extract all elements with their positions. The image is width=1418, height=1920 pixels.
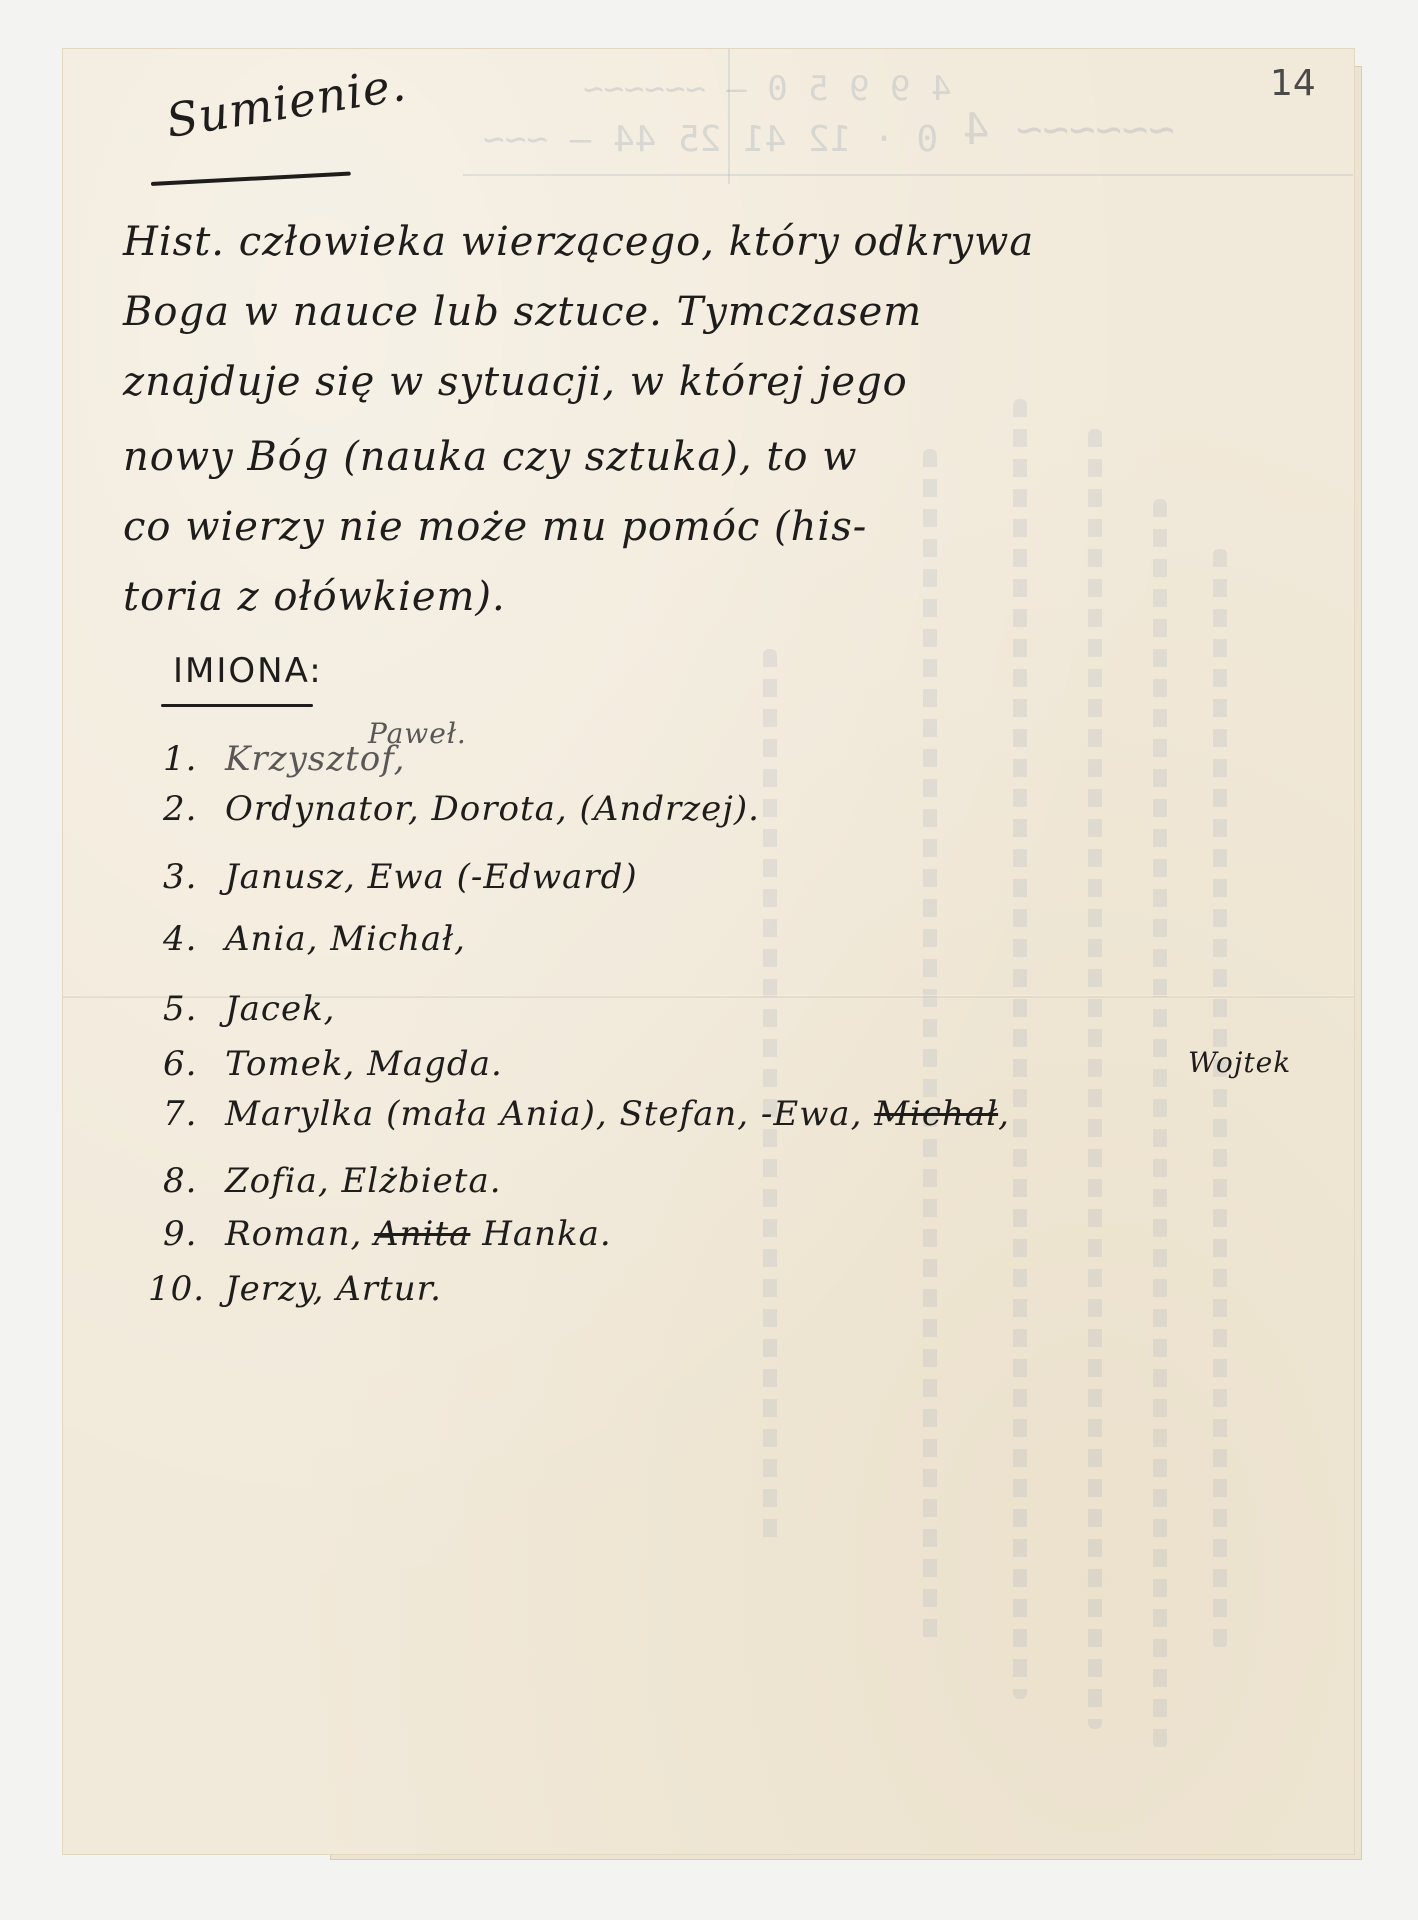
paragraph-line: nowy Bóg (nauka czy sztuka), to w (123, 434, 857, 480)
struck-name: Anita (374, 1214, 470, 1254)
list-item: 1.Krzysztof, Paweł. (163, 739, 405, 779)
list-text: Janusz, Ewa (-Edward) (225, 857, 638, 897)
list-text: Zofia, Elżbieta. (225, 1161, 502, 1201)
list-item: 5.Jacek, (163, 989, 335, 1029)
list-text: Jacek, (225, 989, 335, 1029)
bleed-through-column (1153, 499, 1167, 1749)
list-text: Marylka (mała Ania), Stefan, -Ewa, (225, 1094, 862, 1134)
bleed-through-text: 0 · 12 41 25 44 — ~~~ (483, 119, 938, 160)
list-text: Ania, Michał, (225, 919, 466, 959)
list-number: 4. (163, 919, 225, 959)
list-item: 3.Janusz, Ewa (-Edward) (163, 857, 638, 897)
list-text: Ordynator, Dorota, (Andrzej). (225, 789, 760, 829)
inserted-name: Wojtek (1188, 1046, 1291, 1079)
paragraph-line: znajduje się w sytuacji, w której jego (123, 359, 908, 405)
list-number: 10. (148, 1269, 225, 1309)
bleed-through-column (1213, 549, 1227, 1649)
list-text: Roman, (225, 1214, 362, 1254)
paragraph-line: Hist. człowieka wierzącego, który odkryw… (123, 219, 1034, 265)
bleed-through-text: ~~~~~~ 4 (963, 104, 1175, 155)
list-item: 7.Marylka (mała Ania), Stefan, -Ewa, Mic… (163, 1094, 1010, 1134)
list-number: 8. (163, 1161, 225, 1201)
list-item: 10.Jerzy, Artur. (148, 1269, 442, 1309)
struck-name: Michał (874, 1094, 998, 1134)
bleed-through-column (1088, 429, 1102, 1729)
list-text: Tomek, Magda. (225, 1044, 503, 1084)
list-number: 2. (163, 789, 225, 829)
list-trail: Hanka. (482, 1214, 612, 1254)
list-number: 7. (163, 1094, 225, 1134)
list-number: 5. (163, 989, 225, 1029)
bleed-through-text: 4 9 9 5 0 — ~~~~~~ (583, 69, 951, 109)
inserted-name: Paweł. (368, 717, 467, 750)
bleed-through-column (1013, 399, 1027, 1699)
paragraph-line: co wierzy nie może mu pomóc (his- (123, 504, 867, 550)
list-trail: , (998, 1094, 1010, 1134)
page-title: Sumienie. (163, 57, 410, 148)
list-item: 2.Ordynator, Dorota, (Andrzej). (163, 789, 760, 829)
paragraph-line: Boga w nauce lub sztuce. Tymczasem (123, 289, 922, 335)
bleed-through-column (923, 449, 937, 1649)
list-item: 4.Ania, Michał, (163, 919, 466, 959)
list-item: 6.Tomek, Magda. (163, 1044, 503, 1084)
bleed-through-rule (463, 174, 1353, 176)
manuscript-page: 4 9 9 5 0 — ~~~~~~ 0 · 12 41 25 44 — ~~~… (63, 49, 1354, 1854)
list-item: 8.Zofia, Elżbieta. (163, 1161, 502, 1201)
heading-underline (161, 704, 313, 707)
list-item: 9.Roman, Anita Hanka. (163, 1214, 612, 1254)
title-underline (151, 172, 351, 186)
paragraph-line: toria z ołówkiem). (123, 574, 506, 620)
list-number: 3. (163, 857, 225, 897)
list-number: 1. (163, 739, 225, 779)
list-number: 6. (163, 1044, 225, 1084)
list-text: Jerzy, Artur. (225, 1269, 442, 1309)
names-heading: IMIONA: (173, 651, 323, 691)
page-number: 14 (1270, 63, 1316, 104)
list-number: 9. (163, 1214, 225, 1254)
bleed-through-rule (728, 49, 730, 184)
